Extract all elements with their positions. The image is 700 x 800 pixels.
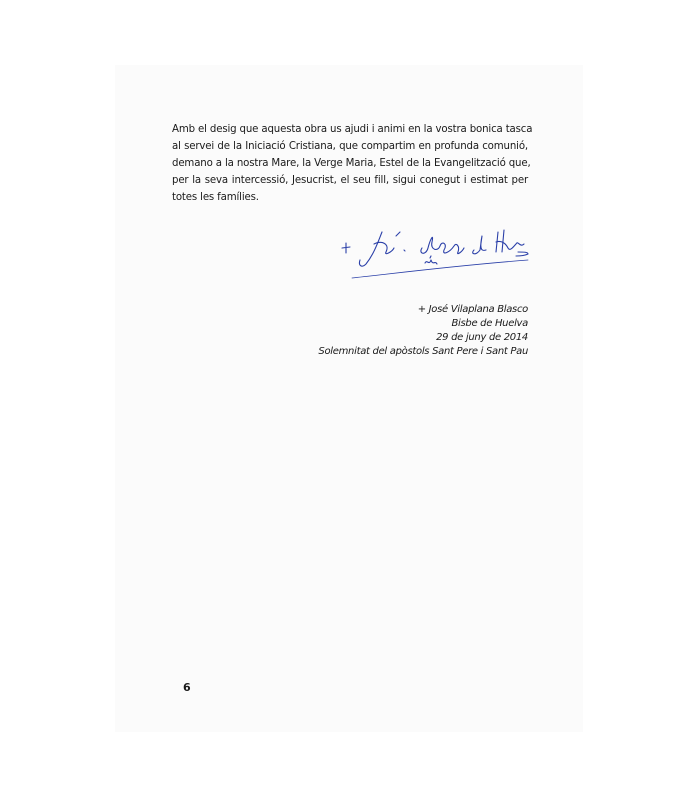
body-line: per la seva intercessió, Jesucrist, el s… bbox=[172, 172, 528, 189]
body-line: al servei de la Iniciació Cristiana, que… bbox=[172, 138, 528, 155]
body-line: demano a la nostra Mare, la Verge Maria,… bbox=[172, 155, 528, 172]
body-line: totes les famílies. bbox=[172, 189, 528, 206]
body-paragraph: Amb el desig que aquesta obra us ajudi i… bbox=[172, 121, 528, 206]
author-name: + José Vilaplana Blasco bbox=[318, 303, 528, 317]
closing-occasion: Solemnitat del apòstols Sant Pere i Sant… bbox=[318, 345, 528, 359]
body-line: Amb el desig que aquesta obra us ajudi i… bbox=[172, 121, 528, 138]
author-title: Bisbe de Huelva bbox=[318, 317, 528, 331]
handwritten-signature bbox=[330, 222, 530, 282]
closing-date: 29 de juny de 2014 bbox=[318, 331, 528, 345]
closing-block: + José Vilaplana Blasco Bisbe de Huelva … bbox=[318, 303, 528, 359]
page-number: 6 bbox=[183, 681, 191, 694]
